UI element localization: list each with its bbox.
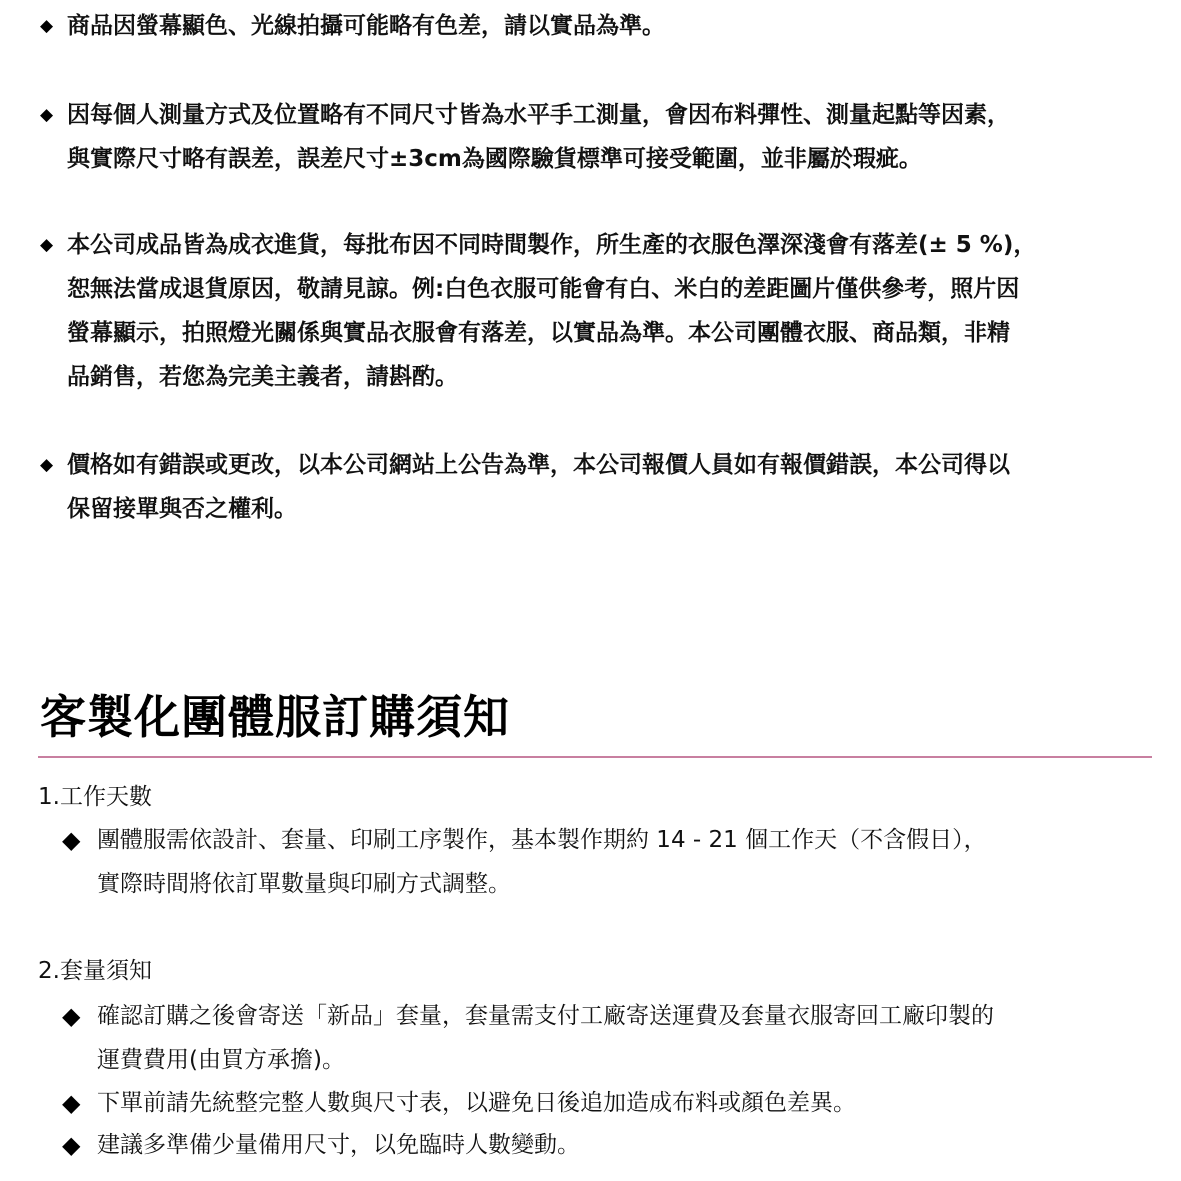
title-divider [38,756,1152,758]
diamond-bullet-icon: ◆ [40,93,64,137]
notice-text-line: 保留接單與否之權利。 [40,487,1160,531]
diamond-bullet-icon: ◆ [62,1081,92,1125]
notice-text-line: 與實際尺寸略有誤差，誤差尺寸±3cm為國際驗貨標準可接受範圍，並非屬於瑕疵。 [40,137,1160,181]
list-item-production-time: ◆ 團體服需依設計、套量、印刷工序製作，基本製作期約 14 - 21 個工作天（… [62,818,987,906]
notice-text-line: 本公司成品皆為成衣進貨，每批布因不同時間製作，所生產的衣服色澤深淺會有落差(± … [40,223,1160,267]
notice-color-difference: ◆ 商品因螢幕顯色、光線拍攝可能略有色差，請以實品為準。 [40,4,1160,48]
notice-text-line: 商品因螢幕顯色、光線拍攝可能略有色差，請以實品為準。 [40,4,1160,48]
list-item-sample-shipping: ◆ 確認訂購之後會寄送「新品」套量，套量需支付工廠寄送運費及套量衣服寄回工廠印製… [62,994,994,1082]
subheading-working-days: 1.工作天數 [38,777,152,817]
item-text-line: 下單前請先統整完整人數與尺寸表，以避免日後追加造成布料或顏色差異。 [62,1081,856,1125]
diamond-bullet-icon: ◆ [62,1123,92,1167]
diamond-bullet-icon: ◆ [40,223,64,267]
item-text-line: 實際時間將依訂單數量與印刷方式調整。 [62,862,987,906]
item-text-line: 團體服需依設計、套量、印刷工序製作，基本製作期約 14 - 21 個工作天（不含… [62,818,987,862]
list-item-spare-sizes: ◆ 建議多準備少量備用尺寸，以免臨時人數變動。 [62,1123,580,1167]
notice-text-line: 價格如有錯誤或更改，以本公司網站上公告為準，本公司報價人員如有報價錯誤，本公司得… [40,443,1160,487]
item-text-line: 運費費用(由買方承擔)。 [62,1038,994,1082]
notice-text-line: 品銷售，若您為完美主義者，請斟酌。 [40,355,1160,399]
diamond-bullet-icon: ◆ [62,994,92,1038]
item-text-line: 建議多準備少量備用尺寸，以免臨時人數變動。 [62,1123,580,1167]
notice-text-line: 恕無法當成退貨原因，敬請見諒。例:白色衣服可能會有白、米白的差距圖片僅供參考，照… [40,267,1160,311]
notice-text-line: 螢幕顯示，拍照燈光關係與實品衣服會有落差，以實品為準。本公司團體衣服、商品類，非… [40,311,1160,355]
notice-measurement-tolerance: ◆ 因每個人測量方式及位置略有不同尺寸皆為水平手工測量，會因布料彈性、測量起點等… [40,93,1160,181]
diamond-bullet-icon: ◆ [40,443,64,487]
diamond-bullet-icon: ◆ [40,4,64,48]
item-text-line: 確認訂購之後會寄送「新品」套量，套量需支付工廠寄送運費及套量衣服寄回工廠印製的 [62,994,994,1038]
notice-text-line: 因每個人測量方式及位置略有不同尺寸皆為水平手工測量，會因布料彈性、測量起點等因素… [40,93,1160,137]
notice-price-errors: ◆ 價格如有錯誤或更改，以本公司網站上公告為準，本公司報價人員如有報價錯誤，本公… [40,443,1160,531]
diamond-bullet-icon: ◆ [62,818,92,862]
subheading-sample-sizing: 2.套量須知 [38,951,152,991]
list-item-size-chart: ◆ 下單前請先統整完整人數與尺寸表，以避免日後追加造成布料或顏色差異。 [62,1081,856,1125]
notice-batch-color-variance: ◆ 本公司成品皆為成衣進貨，每批布因不同時間製作，所生產的衣服色澤深淺會有落差(… [40,223,1160,399]
section-title: 客製化團體服訂購須知 [40,682,510,752]
